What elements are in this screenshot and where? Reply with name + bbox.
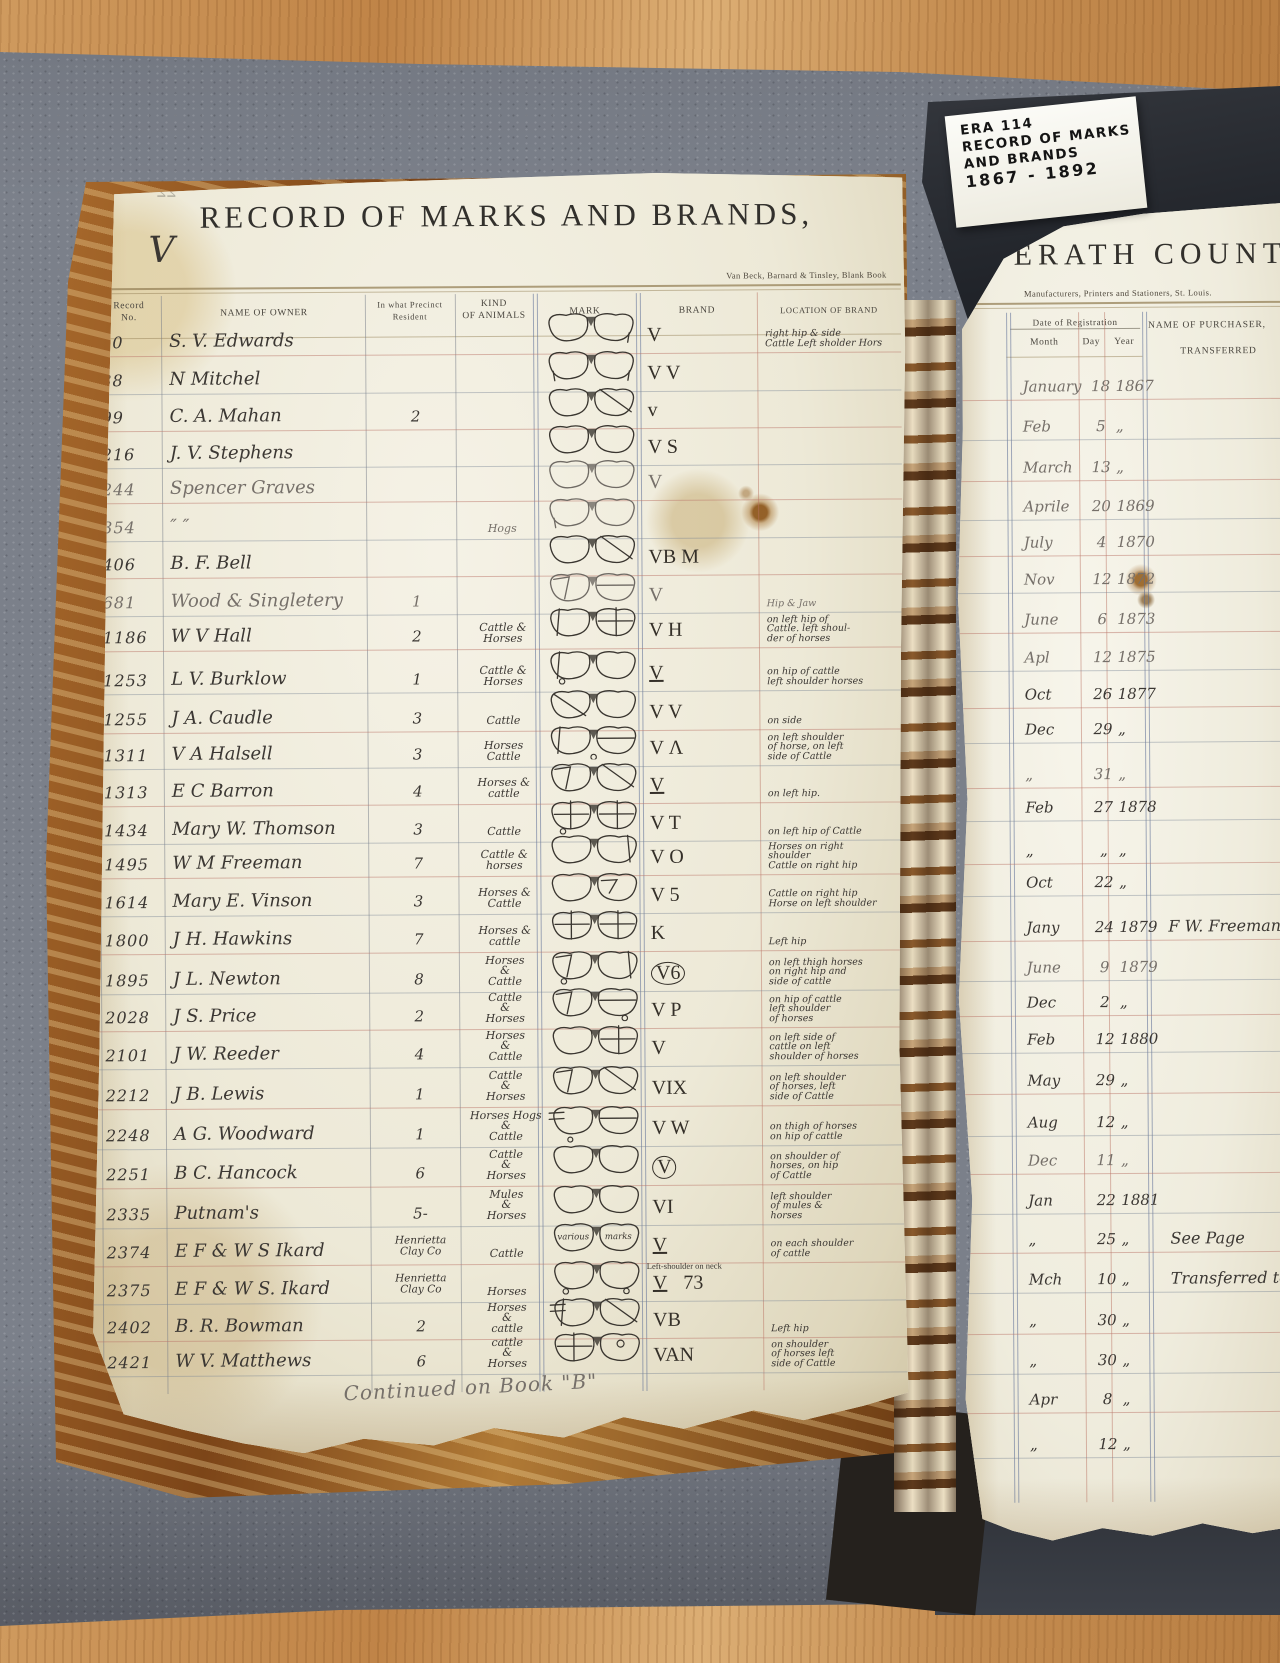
brand: V — [647, 323, 759, 347]
reg-month: March — [1023, 458, 1085, 476]
registration-row: Nov121872 — [952, 554, 1280, 594]
reg-month: „ — [1030, 1435, 1092, 1453]
ledger-row: 216J. V. StephensV S — [64, 426, 902, 469]
archival-sticky-note: ERA 114 RECORD OF MARKS AND BRANDS 1867 … — [945, 96, 1148, 227]
reg-year: 1867 — [1116, 377, 1160, 395]
reg-note — [1168, 889, 1280, 891]
owner-name: Mary W. Thomson — [172, 818, 372, 840]
kind-of-animals: Mules & Horses — [468, 1189, 544, 1221]
kind-of-animals: Cattle & Horses — [467, 992, 543, 1024]
kind-of-animals: Horses & cattle — [467, 926, 543, 947]
record-number: 2374 — [107, 1243, 171, 1262]
reg-month: Apl — [1024, 648, 1086, 666]
record-number: 1495 — [104, 855, 168, 874]
brand-location: Horses on right shoulder Cattle on right… — [768, 841, 910, 871]
ledger-row: 2251B C. Hancock6Cattle & HorsesVon shou… — [68, 1144, 906, 1189]
owner-name: E C Barron — [172, 780, 372, 802]
reg-month: Aug — [1028, 1113, 1090, 1131]
ledger-row: 406B. F. BellVB M — [64, 536, 902, 579]
precinct: 8 — [373, 974, 465, 986]
record-number: 2402 — [107, 1318, 171, 1337]
reg-note — [1168, 814, 1280, 816]
precinct: 4 — [373, 1049, 465, 1061]
reg-month: June — [1024, 610, 1086, 628]
reg-note — [1169, 1046, 1280, 1048]
ledger-row: 1434Mary W. Thomson3CattleV Ton left hip… — [66, 801, 904, 845]
brand: V — [648, 470, 760, 494]
reg-year: „ — [1121, 1151, 1165, 1169]
brand: V — [650, 773, 762, 797]
reg-year: 1875 — [1117, 648, 1161, 666]
reg-note: Transferred to — [1171, 1267, 1280, 1288]
brand-location: Left hip — [769, 937, 911, 948]
precinct: 2 — [370, 411, 462, 423]
kind-of-animals: Cattle & Horses — [468, 1070, 544, 1102]
owner-name: Wood & Singletery — [171, 590, 371, 612]
brand: VAN — [653, 1343, 765, 1367]
reg-note — [1167, 701, 1280, 703]
ledger-row: 1800J H. Hawkins7Horses & cattleKLeft hi… — [67, 911, 905, 955]
brand-location — [766, 423, 908, 424]
reg-month: Oct — [1026, 873, 1088, 891]
col-day: Day — [1078, 336, 1104, 348]
brand-location: on left thigh horses on right hip and si… — [769, 957, 911, 987]
brand: V H — [649, 618, 761, 642]
reg-note — [1169, 974, 1280, 976]
reg-day: 11 — [1094, 1151, 1118, 1169]
record-number: 2028 — [105, 1008, 169, 1027]
wood-table-top — [0, 0, 1280, 100]
ledger-row: 1253L V. Burklow1Cattle & HorsesVon hip … — [65, 646, 903, 695]
reg-note — [1167, 736, 1280, 738]
registration-row: Dec2„ — [955, 979, 1280, 1017]
precinct: 1 — [374, 1089, 466, 1101]
reg-year: 1881 — [1121, 1191, 1165, 1209]
precinct — [369, 347, 461, 348]
brand: V T — [650, 811, 762, 835]
earmark-sketch — [545, 1057, 645, 1100]
owner-name: J L. Newton — [173, 968, 373, 990]
reg-month: „ — [1025, 765, 1087, 783]
earmark-sketch — [545, 979, 645, 1022]
reg-year: „ — [1122, 1351, 1166, 1369]
brand-location: on left shoulder of horse, on left side … — [768, 732, 910, 762]
owner-name: V A Halsell — [172, 743, 372, 765]
registration-row: „„„ — [954, 819, 1280, 865]
reg-day: 12 — [1093, 1030, 1117, 1048]
kind-of-animals: Cattle — [466, 826, 542, 837]
brand: VIX — [652, 1076, 764, 1100]
owner-name: Putnam's — [174, 1202, 374, 1224]
precinct: 3 — [372, 824, 464, 836]
reg-note — [1169, 1087, 1280, 1089]
reg-day: 5 — [1089, 417, 1113, 435]
reg-month: Jan — [1028, 1191, 1090, 1209]
reg-note — [1170, 1129, 1280, 1131]
brand: VB M — [648, 545, 760, 569]
ledger-row: 1895J L. Newton8Horses & CattleV6on left… — [67, 949, 905, 995]
reg-day: 25 — [1094, 1230, 1118, 1248]
registration-row: Aprile201869 — [951, 479, 1280, 521]
precinct: 7 — [372, 858, 464, 870]
mark-cell — [543, 599, 643, 647]
registration-row: March13„ — [951, 438, 1280, 482]
record-number: 2421 — [107, 1353, 171, 1372]
ledger-row: 2028J S. Price2Cattle & HorsesV Pon hip … — [67, 989, 905, 1032]
brand-location — [766, 460, 908, 461]
earmark-sketch — [544, 864, 644, 907]
svg-text:marks: marks — [605, 1232, 633, 1242]
reg-note — [1172, 1406, 1280, 1408]
reg-day: 12 — [1090, 648, 1114, 666]
ledger-row: 10S. V. EdwardsVright hip & side Cattle … — [63, 313, 901, 357]
reg-year: „ — [1121, 1230, 1165, 1248]
precinct: 4 — [372, 786, 464, 798]
owner-name: W M Freeman — [172, 852, 372, 874]
brand-location: on left hip. — [768, 789, 910, 800]
brand: V — [651, 1036, 763, 1060]
record-number: 1186 — [103, 628, 167, 647]
ledger-row: 2402B. R. Bowman2Horses & cattleVBLeft h… — [69, 1299, 907, 1342]
reg-day: 12 — [1090, 570, 1114, 588]
owner-name: W V. Matthews — [175, 1350, 375, 1372]
brand-location — [771, 1296, 913, 1297]
owner-name: Mary E. Vinson — [172, 890, 372, 912]
brand-location: right hip & side Cattle Left sholder Hor… — [765, 329, 907, 349]
ledger-row: 2374E F & W S IkardHenrietta Clay CoCatt… — [69, 1223, 907, 1267]
registration-row: January181867 — [950, 359, 1280, 401]
record-number: 2248 — [106, 1126, 170, 1145]
brand-location: Cattle on right hip Horse on left should… — [768, 889, 910, 909]
registration-row: July41870 — [951, 518, 1280, 557]
brand-location: on left hip of Cattle. left shoul- der o… — [767, 614, 909, 644]
printer-imprint: Van Beck, Barnard & Tinsley, Blank Book — [527, 270, 887, 282]
brand: V Λ — [650, 736, 762, 760]
reg-day: 12 — [1096, 1435, 1120, 1453]
reg-day: „ — [1092, 841, 1116, 859]
record-number: 216 — [102, 445, 166, 464]
record-number: 38 — [101, 371, 165, 390]
registration-row: „31„ — [953, 741, 1280, 789]
kind-of-animals: Horses & cattle — [466, 778, 542, 799]
ledger-row: 2101J W. Reeder4Horses & CattleVon left … — [67, 1026, 905, 1070]
reg-note — [1165, 474, 1280, 476]
reg-note — [1165, 393, 1280, 395]
reg-month: „ — [1029, 1351, 1091, 1369]
reg-note: F W. Freeman — [1168, 915, 1280, 936]
earmark-sketch — [542, 526, 642, 569]
owner-name: Spencer Graves — [170, 477, 370, 499]
earmark-sketch — [546, 1136, 646, 1179]
registration-row: Apl121875 — [952, 631, 1280, 672]
reg-month: Feb — [1025, 798, 1087, 816]
owner-name: J S. Price — [173, 1005, 373, 1027]
record-number: 2212 — [106, 1086, 170, 1105]
reg-year: „ — [1123, 1435, 1167, 1453]
reg-month: Mch — [1029, 1270, 1091, 1288]
header-rule — [1006, 356, 1142, 358]
reg-month: Feb — [1027, 1030, 1089, 1048]
registration-row: Jan221881 — [956, 1172, 1280, 1215]
precinct — [369, 385, 461, 386]
reg-year: „ — [1122, 1270, 1166, 1288]
ledger-row: 354″ ″Hogs — [64, 498, 902, 542]
reg-day: 6 — [1090, 610, 1114, 628]
mark-cell — [547, 1324, 647, 1372]
record-number: 2251 — [106, 1165, 170, 1184]
ledger-row: 1313E C Barron4Horses & cattleVon left h… — [66, 764, 904, 807]
registration-row: June91879 — [954, 939, 1280, 982]
county-title: ERATH COUNTY — [1014, 236, 1280, 273]
reg-month: Jany — [1026, 918, 1088, 936]
record-number: 1895 — [105, 971, 169, 990]
earmark-sketch — [543, 599, 643, 642]
reg-note — [1167, 664, 1280, 666]
brand-location — [766, 495, 908, 496]
precinct: 3 — [371, 713, 463, 725]
owner-name: W V Hall — [171, 625, 371, 647]
reg-note — [1172, 1451, 1280, 1453]
ledger-row: 1255J A. Caudle3CattleV Von side — [65, 689, 903, 734]
reg-day: 18 — [1089, 377, 1113, 395]
reg-note — [1166, 626, 1280, 628]
owner-name: B C. Hancock — [174, 1162, 374, 1184]
record-number: 1255 — [103, 710, 167, 729]
precinct: 2 — [373, 1011, 465, 1023]
reg-day: 29 — [1093, 1071, 1117, 1089]
registration-row: „30„ — [957, 1291, 1280, 1335]
brand-location — [766, 533, 908, 534]
brand-location: on left side of cattle on left shoulder … — [769, 1032, 911, 1062]
registration-row: Oct261877 — [953, 669, 1280, 709]
kind-of-animals: Cattle & Horses — [465, 666, 541, 687]
reg-year: „ — [1120, 1071, 1164, 1089]
brand: V O — [650, 845, 762, 869]
double-rule — [952, 301, 1280, 305]
page-title: RECORD OF MARKS AND BRANDS, — [176, 196, 836, 236]
reg-month: Dec — [1028, 1151, 1090, 1169]
reg-month: January — [1023, 377, 1085, 395]
reg-year: 1873 — [1117, 610, 1161, 628]
photo-of-ledger: { "note": { "lines": ["ERA 114", "RECORD… — [0, 0, 1280, 1663]
reg-month: „ — [1026, 841, 1088, 859]
owner-name: B. R. Bowman — [175, 1315, 375, 1337]
reg-day: 10 — [1095, 1270, 1119, 1288]
reg-day: 12 — [1094, 1113, 1118, 1131]
kind-of-animals: cattle & Horses — [469, 1337, 545, 1369]
ledger-row: 2421W V. Matthews6cattle & HorsesVANon s… — [69, 1336, 907, 1377]
precinct: 2 — [371, 631, 463, 643]
brand-location: on shoulder of horses, on hip of Cattle — [770, 1151, 912, 1181]
registration-row: „12„ — [958, 1411, 1280, 1459]
brand-location — [767, 570, 909, 571]
kind-of-animals: Horses & Cattle — [467, 955, 543, 987]
owner-name: L V. Burklow — [171, 668, 371, 690]
reg-month: Aprile — [1023, 497, 1085, 515]
owner-name: J A. Caudle — [171, 707, 371, 729]
col-month: Month — [1012, 336, 1076, 348]
record-number: 2375 — [107, 1281, 171, 1300]
printer-imprint: Manufacturers, Printers and Stationers, … — [958, 287, 1278, 299]
brand: V V — [649, 700, 761, 724]
brand: V6 — [651, 961, 763, 985]
precinct: 3 — [372, 896, 464, 908]
kind-of-animals: Cattle & Horses — [468, 1149, 544, 1181]
brand: v — [647, 398, 759, 422]
brand: V V — [647, 361, 759, 385]
reg-year: 1877 — [1118, 685, 1162, 703]
reg-day: 22 — [1092, 873, 1116, 891]
col-year: Year — [1106, 336, 1142, 348]
earmark-sketch — [542, 451, 642, 494]
registration-row: Feb5„ — [951, 398, 1280, 441]
owner-name: A G. Woodward — [174, 1123, 374, 1145]
registration-row: Feb271878 — [953, 786, 1280, 822]
owner-name: J B. Lewis — [174, 1083, 374, 1105]
earmark-sketch — [541, 304, 641, 347]
precinct — [370, 494, 462, 495]
earmark-sketch — [546, 1097, 646, 1140]
reg-day: 9 — [1093, 958, 1117, 976]
reg-day: 26 — [1091, 685, 1115, 703]
precinct: Henrietta Clay Co — [375, 1235, 467, 1258]
reg-month: Nov — [1024, 570, 1086, 588]
brand-location: on left shoulder of horses, left side of… — [770, 1072, 912, 1102]
kind-of-animals: Cattle & horses — [466, 850, 542, 871]
kind-of-animals: Horses & Cattle — [467, 1030, 543, 1062]
brand: V W — [652, 1116, 764, 1140]
kind-of-animals: Cattle — [469, 1248, 545, 1259]
earmark-sketch — [543, 642, 643, 685]
precinct — [370, 459, 462, 460]
registration-row: Feb121880 — [955, 1014, 1280, 1054]
kind-of-animals: Horses — [469, 1286, 545, 1297]
brand: V 5 — [650, 883, 762, 907]
brand: V S — [648, 435, 760, 459]
reg-day: 8 — [1096, 1390, 1120, 1408]
brand: V — [652, 1155, 764, 1179]
left-page: 22 RECORD OF MARKS AND BRANDS, V Van Bec… — [56, 147, 914, 1482]
ledger-row: 2335Putnam's5-Mules & HorsesVIleft shoul… — [68, 1183, 906, 1229]
reg-note — [1167, 781, 1280, 783]
record-number: 2335 — [106, 1205, 170, 1224]
reg-day: 4 — [1090, 533, 1114, 551]
registration-row: Jany241879F W. Freeman — [954, 894, 1280, 942]
brand: VI — [652, 1195, 764, 1219]
precinct: 1 — [374, 1129, 466, 1141]
reg-year: „ — [1120, 993, 1164, 1011]
reg-note — [1166, 586, 1280, 588]
reg-month: May — [1027, 1071, 1089, 1089]
reg-note: See Page — [1170, 1227, 1280, 1248]
ledger-row: 1614Mary E. Vinson3Horses & CattleV 5Cat… — [66, 873, 904, 917]
reg-day: 30 — [1095, 1311, 1119, 1329]
handwritten-letter: V — [148, 230, 174, 271]
reg-year: „ — [1118, 720, 1162, 738]
record-number: 1311 — [104, 746, 168, 765]
reg-month: „ — [1028, 1230, 1090, 1248]
reg-day: 29 — [1091, 720, 1115, 738]
precinct — [370, 569, 462, 570]
earmark-sketch — [545, 902, 645, 945]
owner-name: S. V. Edwards — [169, 330, 369, 352]
kind-of-animals: Horses Cattle — [466, 741, 542, 762]
earmark-sketch — [544, 826, 644, 869]
registration-row: Mch10„Transferred to — [957, 1251, 1280, 1294]
precinct: 1 — [371, 596, 463, 608]
right-page: ERATH COUNTY Manufacturers, Printers and… — [943, 197, 1280, 1559]
ledger-row: 99C. A. Mahan2v — [63, 389, 901, 432]
double-rule — [952, 306, 1280, 309]
ledger-row: 38N MitchelV V — [63, 351, 901, 395]
brand: V — [649, 583, 761, 607]
kind-of-animals: Horses Hogs & Cattle — [468, 1110, 544, 1142]
brand-location: on each shoulder of cattle — [771, 1239, 913, 1259]
reg-month: Apr — [1030, 1390, 1092, 1408]
ledger-row: 2212J B. Lewis1Cattle & HorsesVIXon left… — [68, 1064, 906, 1110]
brand — [648, 531, 760, 532]
reg-year: 1869 — [1116, 497, 1160, 515]
registration-row: „30„ — [957, 1332, 1280, 1375]
record-number: 1313 — [104, 783, 168, 802]
brand-location: on hip of cattle left shoulder horses — [767, 667, 909, 687]
precinct — [370, 532, 462, 533]
record-number: 354 — [102, 518, 166, 537]
brand: V73Left-shoulder on neck — [653, 1271, 765, 1295]
earmark-sketch: variousmarks — [546, 1214, 646, 1257]
brand-location: on side — [767, 716, 909, 727]
brand-location: on left hip of Cattle — [768, 827, 910, 838]
reg-day: 20 — [1089, 497, 1113, 515]
svg-text:various: various — [557, 1232, 589, 1242]
reg-year: „ — [1122, 1311, 1166, 1329]
record-number: 1614 — [104, 893, 168, 912]
brand-location: Hip & Jaw — [767, 599, 909, 610]
registration-row: Oct22„ — [954, 862, 1280, 897]
reg-year: 1879 — [1119, 918, 1163, 936]
reg-year: „ — [1123, 1390, 1167, 1408]
ledger-row: 2248A G. Woodward1Horses Hogs & CattleV … — [68, 1104, 906, 1150]
brand: V — [649, 661, 761, 685]
earmark-sketch — [546, 1176, 646, 1219]
reg-year: 1880 — [1120, 1030, 1164, 1048]
owner-name: E F & W S Ikard — [175, 1240, 375, 1262]
reg-month: „ — [1029, 1311, 1091, 1329]
reg-month: Dec — [1025, 720, 1087, 738]
reg-year: 1878 — [1118, 798, 1162, 816]
ledger-rows: 10S. V. EdwardsVright hip & side Cattle … — [56, 147, 906, 152]
col-purchaser: NAME OF PURCHASER, — [1148, 319, 1280, 332]
reg-day: 22 — [1094, 1191, 1118, 1209]
brand-location: Left hip — [771, 1324, 913, 1335]
owner-name: E F & W S. Ikard — [175, 1278, 375, 1300]
precinct: 2 — [375, 1321, 467, 1333]
kind-of-animals: Horses & cattle — [469, 1302, 545, 1334]
reg-year: 1872 — [1117, 570, 1161, 588]
owner-name: J. V. Stephens — [170, 442, 370, 464]
reg-year: „ — [1121, 1113, 1165, 1131]
precinct: Henrietta Clay Co — [375, 1273, 467, 1296]
reg-note — [1169, 1009, 1280, 1011]
owner-name: ″ ″ — [170, 515, 370, 537]
reg-day: 2 — [1093, 993, 1117, 1011]
record-number: 244 — [102, 480, 166, 499]
precinct: 7 — [373, 934, 465, 946]
registration-row: „25„See Page — [956, 1212, 1280, 1254]
record-number: 681 — [103, 593, 167, 612]
record-number: 1434 — [104, 821, 168, 840]
registration-row: Apr8„ — [957, 1372, 1280, 1414]
